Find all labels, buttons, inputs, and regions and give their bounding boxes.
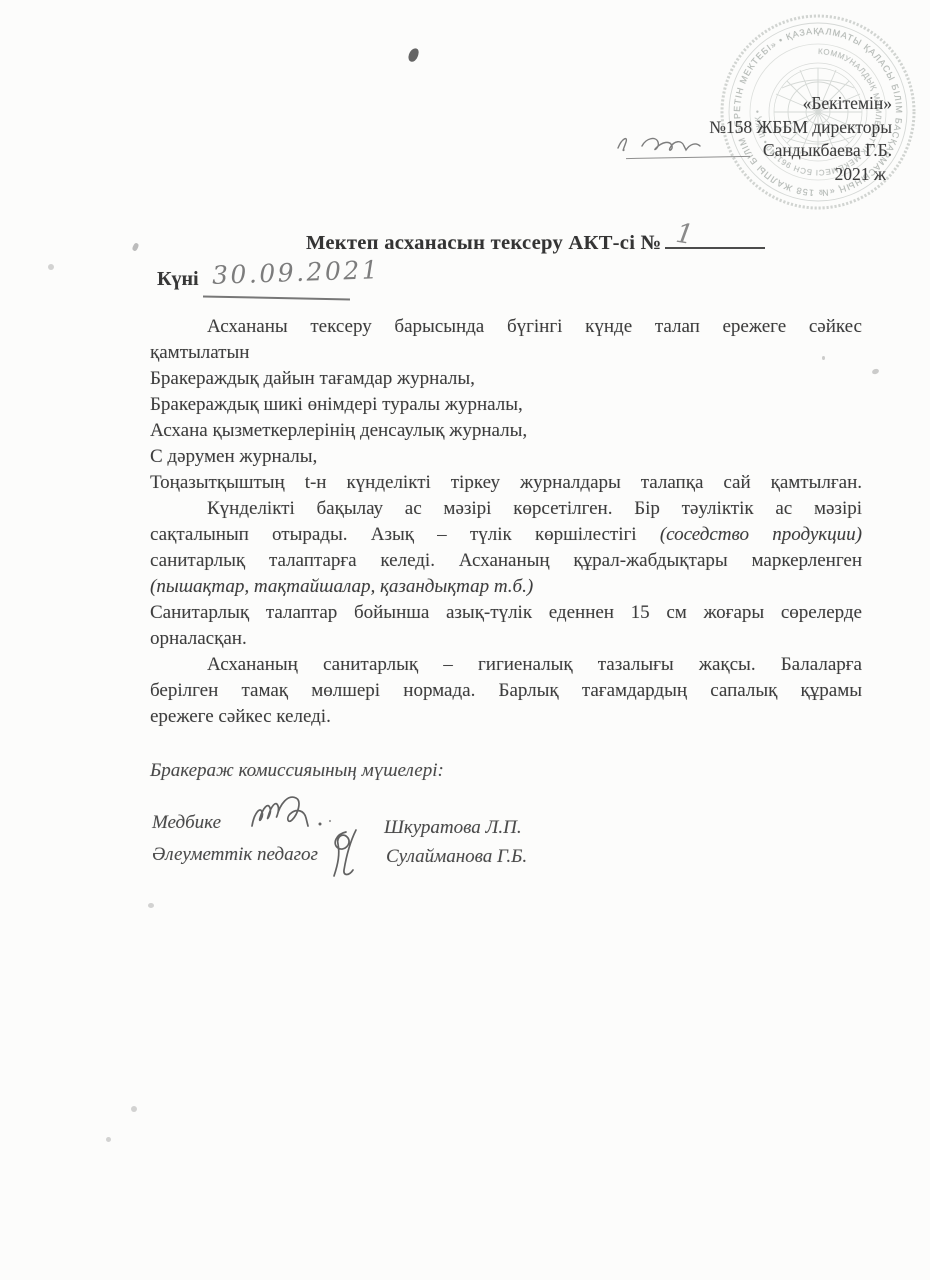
body-line: Асхана қызметкерлерінің денсаулық журнал… (150, 418, 862, 444)
body-line: сақталынып отырады. Азық – түлік көршіле… (150, 522, 862, 548)
body-line: Асхананы тексеру барысында бүгінгі күнде… (150, 314, 862, 340)
body-line: Санитарлық талаптар бойынша азық-түлік е… (150, 600, 862, 626)
body-line: Күнделікті бақылау ас мәзірі көрсетілген… (150, 496, 862, 522)
document-title-text: Мектеп асханасын тексеру АКТ-сі № (306, 232, 662, 254)
director-signature-icon (612, 132, 742, 165)
body-text-segment: Күнделікті бақылау ас мәзірі көрсетілген… (207, 498, 862, 519)
body-line: орналасқан. (150, 626, 862, 652)
ink-speck (106, 1137, 111, 1142)
document-title: Мектеп асханасын тексеру АКТ-сі № (306, 227, 765, 255)
body-line: Тоңазытқыштың t-н күнделікті тіркеу журн… (150, 470, 862, 496)
body-line: берілген тамақ мөлшері нормада. Барлық т… (150, 678, 862, 704)
ink-speck (132, 242, 140, 251)
date-underline (203, 295, 350, 300)
body-text-segment: Санитарлық талаптар бойынша азық-түлік е… (150, 602, 862, 623)
body-text-segment: (соседство продукции) (660, 524, 862, 545)
commission-heading: Бракераж комиссияының мүшелері: (150, 760, 444, 782)
ink-speck (48, 264, 54, 270)
body-text-segment: Тоңазытқыштың t-н күнделікті тіркеу журн… (150, 472, 862, 493)
body-text-segment: Асхананы тексеру барысында бүгінгі күнде… (207, 316, 862, 337)
approval-line-year: 2021 ж (709, 163, 892, 187)
body-text-segment: ережеге сәйкес келеді. (150, 706, 331, 727)
body-line: Асхананың санитарлық – гигиеналық тазалы… (150, 652, 862, 678)
body-text-segment: Асхананың санитарлық – гигиеналық тазалы… (207, 654, 862, 675)
date-label: Күні (157, 268, 199, 291)
body-text-segment: С дәрумен журналы, (150, 446, 317, 467)
body-line: Бракераждық дайын тағамдар журналы, (150, 366, 862, 392)
scanned-document-page: АЛМАТЫ ҚАЛАСЫ БІЛІМ БАСҚАРМАСЫНЫҢ «№ 158… (0, 0, 930, 1280)
body-text-segment: орналасқан. (150, 628, 247, 649)
body-line: С дәрумен журналы, (150, 444, 862, 470)
commission-role-social-pedagogue: Әлеуметтік педагог (152, 844, 318, 866)
body-text-segment: Асхана қызметкерлерінің денсаулық журнал… (150, 420, 527, 441)
ink-speck (131, 1106, 137, 1112)
body-text-segment: сақталынып отырады. Азық – түлік көршіле… (150, 524, 660, 545)
date-value-handwritten: 30.09.2021 (212, 255, 381, 290)
social-pedagogue-signature-icon (326, 826, 374, 880)
body-line: Бракераждық шикі өнімдері туралы журналы… (150, 392, 862, 418)
body-line: санитарлық талаптарға келеді. Асхананың … (150, 548, 862, 574)
body-text-segment: санитарлық талаптарға келеді. Асхананың … (150, 550, 862, 571)
body-text-segment: (пышақтар, тақтайшалар, қазандықтар т.б.… (150, 576, 533, 597)
ink-speck (871, 368, 879, 375)
body-text-segment: берілген тамақ мөлшері нормада. Барлық т… (150, 680, 862, 701)
body-text-segment: қамтылатын (150, 342, 249, 363)
body-text-segment: Бракераждық дайын тағамдар журналы, (150, 368, 475, 389)
commission-name-shkuratova: Шкуратова Л.П. (384, 817, 522, 839)
body-line: (пышақтар, тақтайшалар, қазандықтар т.б.… (150, 574, 862, 600)
commission-role-nurse: Медбике (152, 812, 221, 834)
ink-blob-artifact (407, 47, 420, 63)
approval-line-bekitemin: «Бекітемін» (709, 92, 892, 116)
ink-speck (822, 356, 825, 360)
commission-name-sulaimanova: Сулайманова Г.Б. (386, 846, 527, 868)
ink-speck (148, 903, 154, 908)
body-line: қамтылатын (150, 340, 862, 366)
body-lines: Асхананы тексеру барысында бүгінгі күнде… (150, 314, 862, 730)
body-line: ережеге сәйкес келеді. (150, 704, 862, 730)
body-text-segment: Бракераждық шикі өнімдері туралы журналы… (150, 394, 523, 415)
